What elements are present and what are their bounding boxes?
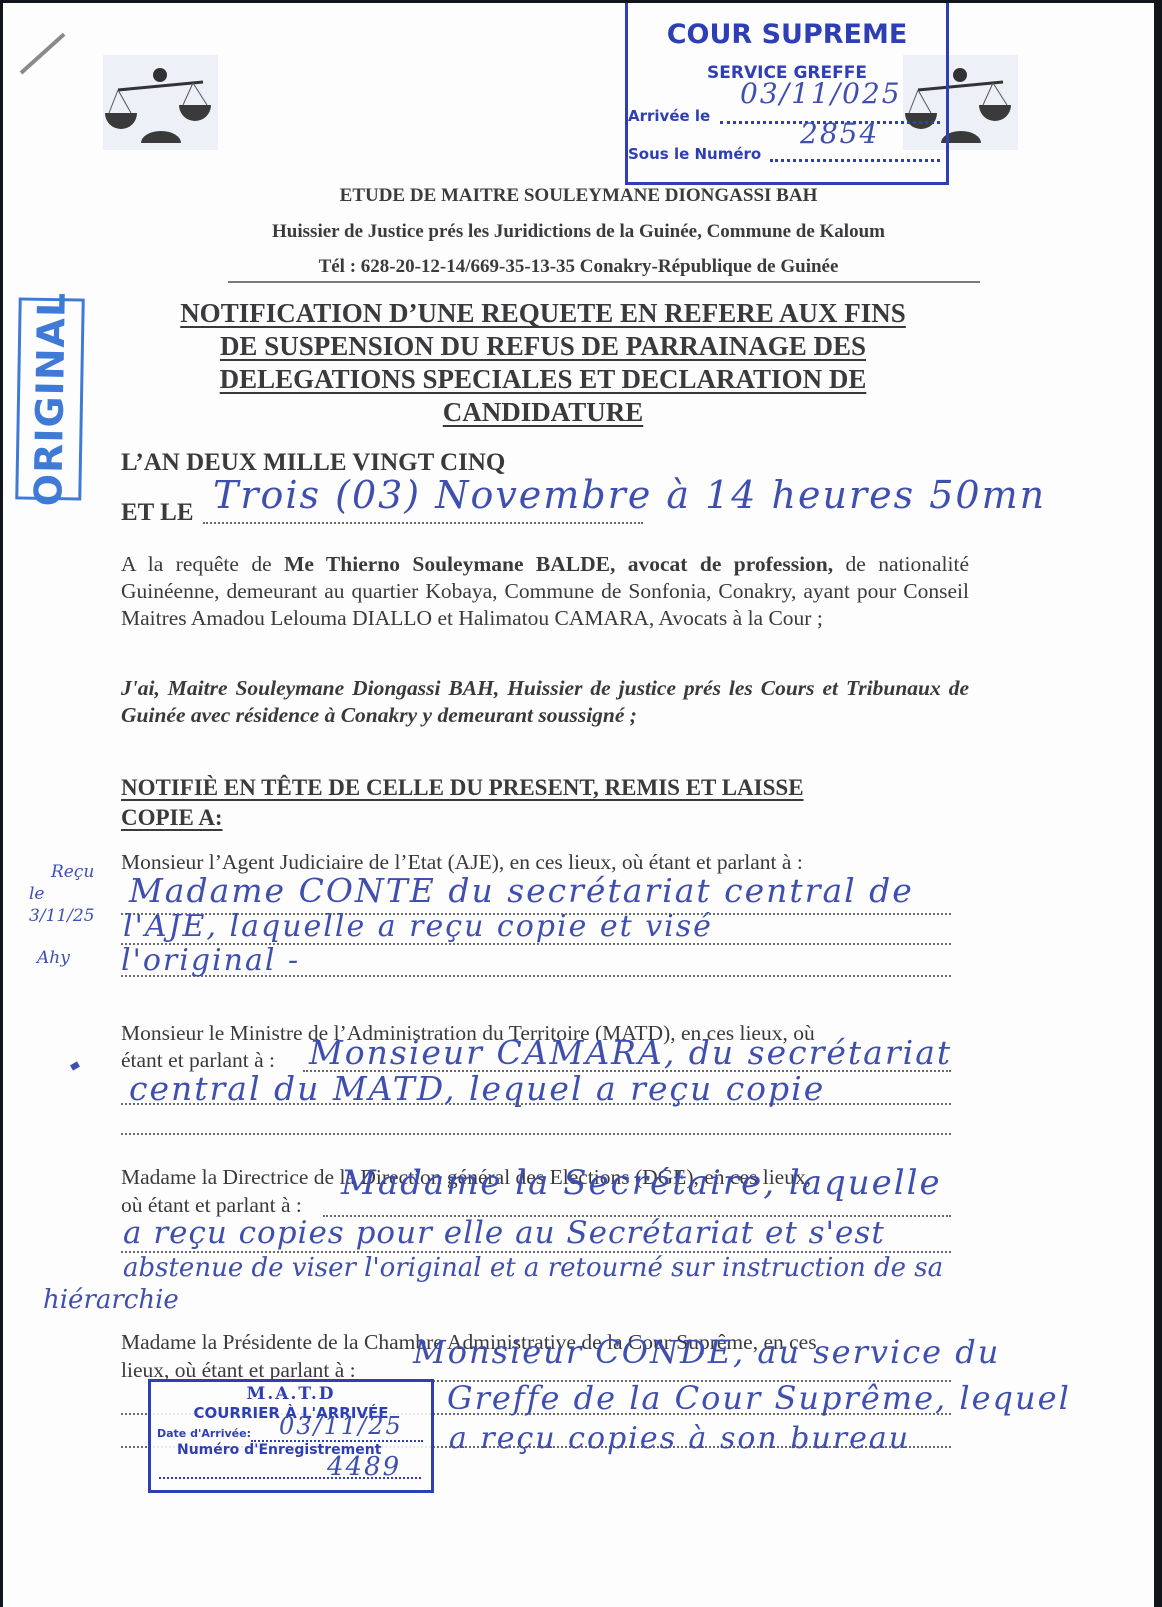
document-title-line: DE SUSPENSION DU REFUS DE PARRAINAGE DES bbox=[123, 330, 963, 363]
recipient-dge-response: hiérarchie bbox=[43, 1285, 179, 1315]
original-stamp: ORIGINAL bbox=[15, 297, 85, 500]
stamp-number-value: 2854 bbox=[800, 117, 879, 150]
recipient-aje-response: l'original - bbox=[121, 943, 300, 978]
recipient-matd-response: central du MATD, lequel a reçu copie bbox=[129, 1069, 825, 1108]
letterhead-divider bbox=[228, 281, 980, 283]
notified-heading: NOTIFIÈ EN TÊTE DE CELLE DU PRESENT, REM… bbox=[121, 773, 804, 833]
bailiff-paragraph: J'ai, Maitre Souleymane Diongassi BAH, H… bbox=[121, 675, 969, 729]
scales-of-justice-logo-left bbox=[103, 55, 218, 150]
stamp-arrival-label: Arrivée le bbox=[628, 107, 710, 125]
document-title-line: NOTIFICATION D’UNE REQUETE EN REFERE AUX… bbox=[123, 297, 963, 330]
recipient-aje-response: l'AJE, laquelle a reçu copie et visé bbox=[123, 909, 713, 944]
letterhead-office: ETUDE DE MAITRE SOULEYMANE DIONGASSI BAH bbox=[3, 185, 1154, 207]
recipient-cour-supreme-response: Monsieur CONDE, au service du bbox=[413, 1333, 1000, 1371]
letterhead-contact: Tél : 628-20-12-14/669-35-13-35 Conakry-… bbox=[3, 256, 1154, 278]
recipient-dge-response: a reçu copies pour elle au Secrétariat e… bbox=[123, 1215, 885, 1251]
stamp-arrival-date: 03/11/025 bbox=[740, 77, 902, 110]
stamp-title: COUR SUPREME bbox=[628, 19, 946, 50]
matd-stamp-date-label: Date d'Arrivée: bbox=[157, 1427, 251, 1440]
recipient-matd-response: Monsieur CAMARA, du secrétariat bbox=[309, 1033, 952, 1072]
pen-mark bbox=[20, 33, 66, 75]
recipient-cour-supreme-response: Greffe de la Cour Suprême, lequel bbox=[447, 1379, 1071, 1417]
matd-stamp-date-value: 03/11/25 bbox=[279, 1412, 403, 1440]
recipient-dge-response: abstenue de viser l'original et a retour… bbox=[123, 1253, 943, 1283]
stamp-number-label: Sous le Numéro bbox=[628, 145, 761, 163]
ink-mark bbox=[70, 1061, 80, 1070]
letterhead-role: Huissier de Justice prés les Juridiction… bbox=[3, 221, 1154, 243]
document-title-line: DELEGATIONS SPECIALES ET DECLARATION DE bbox=[123, 363, 963, 396]
recipient-dge-response: Madame la Secrétaire, laquelle bbox=[341, 1163, 942, 1203]
margin-receipt-note: Reçu le 3/11/25 Ahy bbox=[29, 861, 114, 969]
matd-stamp-title: M.A.T.D bbox=[151, 1384, 431, 1404]
recipient-cour-supreme-response: a reçu copies à son bureau bbox=[449, 1421, 910, 1456]
document-page: COUR SUPREME SERVICE GREFFE Arrivée le 0… bbox=[3, 3, 1154, 1607]
document-title-line: CANDIDATURE bbox=[123, 396, 963, 429]
matd-arrival-stamp: M.A.T.D COURRIER À L'ARRIVÉE Date d'Arri… bbox=[148, 1379, 434, 1493]
handwritten-date: Trois (03) Novembre à 14 heures 50mn bbox=[213, 473, 1046, 517]
cour-supreme-stamp: COUR SUPREME SERVICE GREFFE Arrivée le 0… bbox=[625, 3, 949, 185]
matd-stamp-number-value: 4489 bbox=[327, 1452, 401, 1482]
recipient-aje-response: Madame CONTE du secrétariat central de bbox=[129, 871, 914, 910]
request-paragraph: A la requête de Me Thierno Souleymane BA… bbox=[121, 551, 969, 632]
et-le-label: ET LE bbox=[121, 499, 194, 527]
